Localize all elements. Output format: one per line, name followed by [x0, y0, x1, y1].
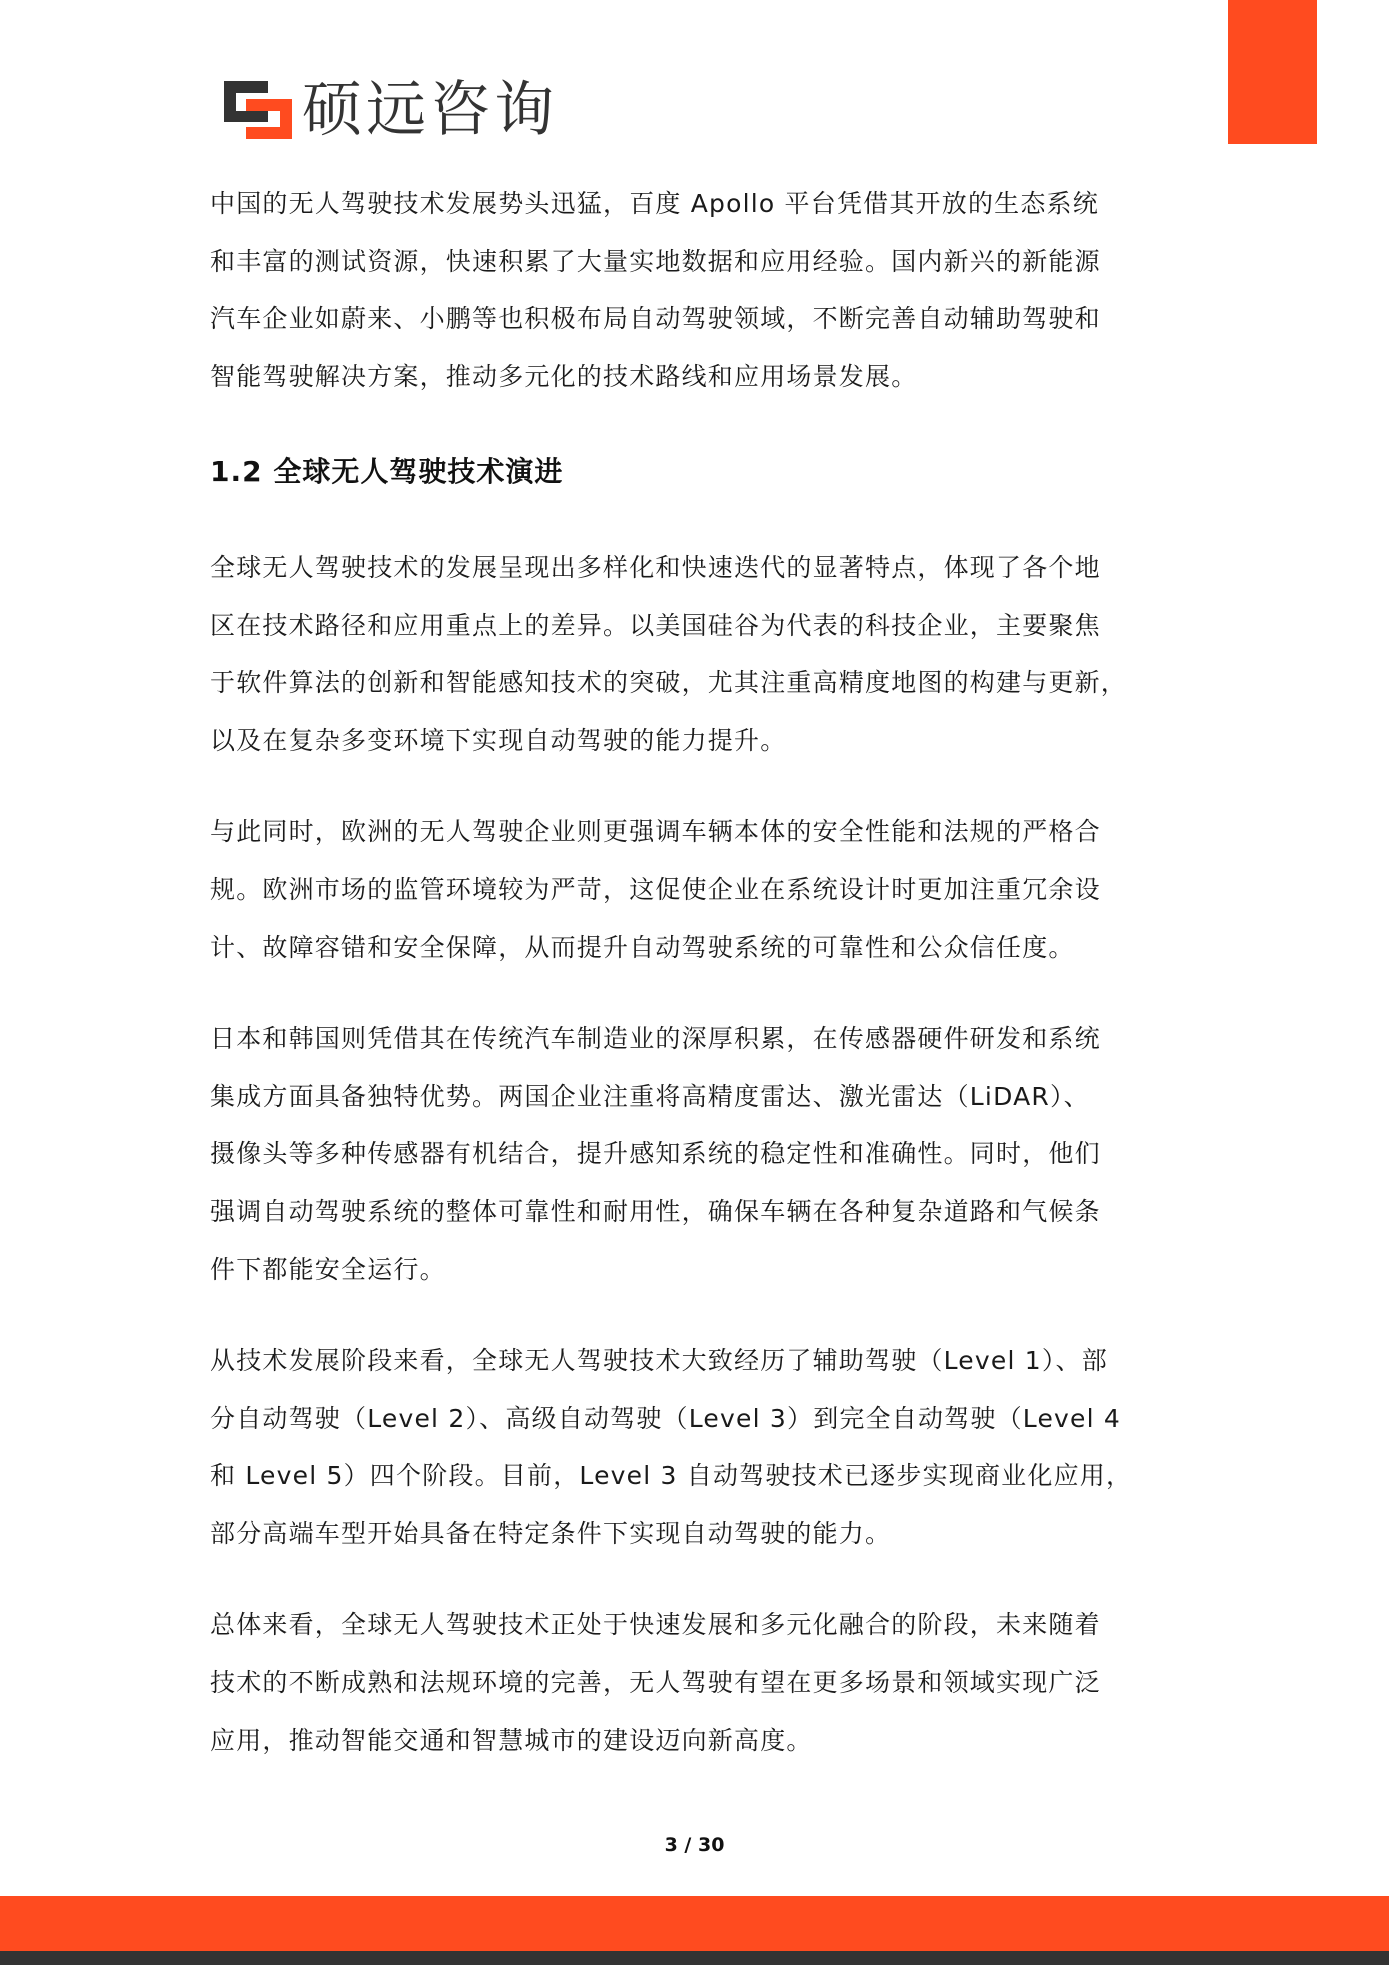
text-line: 日本和韩国则凭借其在传统汽车制造业的深厚积累，在传感器硬件研发和系统 — [210, 1010, 1170, 1068]
text-line: 汽车企业如蔚来、小鹏等也积极布局自动驾驶领域，不断完善自动辅助驾驶和 — [210, 290, 1170, 348]
text-line: 集成方面具备独特优势。两国企业注重将高精度雷达、激光雷达（LiDAR）、 — [210, 1068, 1170, 1126]
text-line: 全球无人驾驶技术的发展呈现出多样化和快速迭代的显著特点，体现了各个地 — [210, 539, 1170, 597]
footer-accent-band — [0, 1896, 1389, 1952]
page-number: 3 / 30 — [0, 1834, 1389, 1856]
text-line: 从技术发展阶段来看，全球无人驾驶技术大致经历了辅助驾驶（Level 1）、部 — [210, 1332, 1170, 1390]
text-line: 件下都能安全运行。 — [210, 1241, 1170, 1299]
text-line: 摄像头等多种传感器有机结合，提升感知系统的稳定性和准确性。同时，他们 — [210, 1125, 1170, 1183]
brand-name: 硕远咨询 — [302, 78, 558, 142]
text-line: 和 Level 5）四个阶段。目前，Level 3 自动驾驶技术已逐步实现商业化… — [210, 1447, 1170, 1505]
text-line: 中国的无人驾驶技术发展势头迅猛，百度 Apollo 平台凭借其开放的生态系统 — [210, 175, 1170, 233]
text-line: 智能驾驶解决方案，推动多元化的技术路线和应用场景发展。 — [210, 348, 1170, 406]
paragraph-intro: 中国的无人驾驶技术发展势头迅猛，百度 Apollo 平台凭借其开放的生态系统 和… — [210, 175, 1170, 405]
paragraph-1: 全球无人驾驶技术的发展呈现出多样化和快速迭代的显著特点，体现了各个地 区在技术路… — [210, 539, 1170, 769]
corner-accent-block — [1228, 0, 1317, 144]
paragraph-4: 从技术发展阶段来看，全球无人驾驶技术大致经历了辅助驾驶（Level 1）、部 分… — [210, 1332, 1170, 1562]
text-line: 技术的不断成熟和法规环境的完善，无人驾驶有望在更多场景和领域实现广泛 — [210, 1654, 1170, 1712]
document-body: 中国的无人驾驶技术发展势头迅猛，百度 Apollo 平台凭借其开放的生态系统 和… — [210, 175, 1170, 1769]
brand-logo-icon — [224, 81, 292, 139]
text-line: 应用，推动智能交通和智慧城市的建设迈向新高度。 — [210, 1712, 1170, 1770]
text-line: 强调自动驾驶系统的整体可靠性和耐用性，确保车辆在各种复杂道路和气候条 — [210, 1183, 1170, 1241]
text-line: 与此同时，欧洲的无人驾驶企业则更强调车辆本体的安全性能和法规的严格合 — [210, 803, 1170, 861]
text-line: 于软件算法的创新和智能感知技术的突破，尤其注重高精度地图的构建与更新， — [210, 654, 1170, 712]
text-line: 以及在复杂多变环境下实现自动驾驶的能力提升。 — [210, 712, 1170, 770]
text-line: 总体来看，全球无人驾驶技术正处于快速发展和多元化融合的阶段，未来随着 — [210, 1596, 1170, 1654]
text-line: 和丰富的测试资源，快速积累了大量实地数据和应用经验。国内新兴的新能源 — [210, 233, 1170, 291]
text-line: 分自动驾驶（Level 2）、高级自动驾驶（Level 3）到完全自动驾驶（Le… — [210, 1390, 1170, 1448]
text-line: 计、故障容错和安全保障，从而提升自动驾驶系统的可靠性和公众信任度。 — [210, 919, 1170, 977]
section-heading: 1.2 全球无人驾驶技术演进 — [210, 443, 1170, 501]
footer-dark-band — [0, 1951, 1389, 1965]
paragraph-2: 与此同时，欧洲的无人驾驶企业则更强调车辆本体的安全性能和法规的严格合 规。欧洲市… — [210, 803, 1170, 976]
text-line: 规。欧洲市场的监管环境较为严苛，这促使企业在系统设计时更加注重冗余设 — [210, 861, 1170, 919]
text-line: 区在技术路径和应用重点上的差异。以美国硅谷为代表的科技企业，主要聚焦 — [210, 597, 1170, 655]
brand-logo: 硕远咨询 — [224, 78, 558, 142]
paragraph-3: 日本和韩国则凭借其在传统汽车制造业的深厚积累，在传感器硬件研发和系统 集成方面具… — [210, 1010, 1170, 1298]
text-line: 部分高端车型开始具备在特定条件下实现自动驾驶的能力。 — [210, 1505, 1170, 1563]
paragraph-5: 总体来看，全球无人驾驶技术正处于快速发展和多元化融合的阶段，未来随着 技术的不断… — [210, 1596, 1170, 1769]
